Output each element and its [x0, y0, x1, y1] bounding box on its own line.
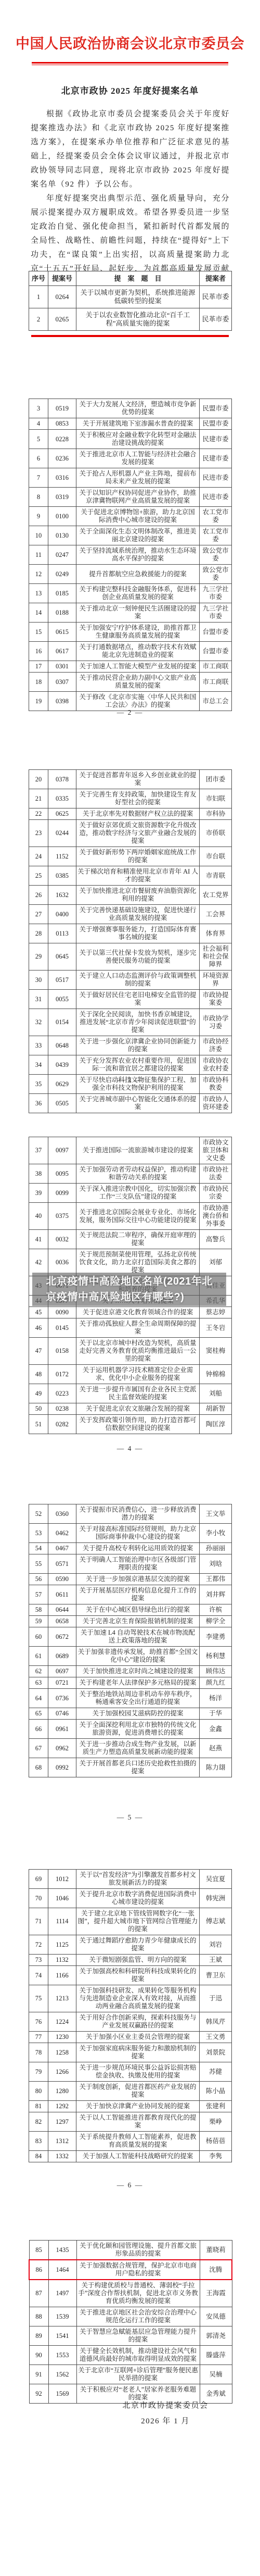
proposer-cell: 市政协农业农村委 [200, 1055, 232, 1075]
seq-cell: 80 [29, 2082, 48, 2101]
proposal-title-cell: 关于加强劳动者劳动权益保护，推动构建和谐劳动关系的提案 [76, 1164, 200, 1184]
proposer-cell: 致公党市委 [200, 545, 232, 565]
proposal-title-cell: 关于运用机器学习技术精准定位企业需求、优化中小企业服务的提案 [76, 1365, 200, 1384]
proposal-no-cell: 0249 [48, 565, 76, 584]
seq-cell: 88 [29, 2307, 48, 2326]
proposer-cell: 环境资源界 [200, 970, 232, 990]
proposal-title-cell: 关于推进北京国际会展业专业化、市场化发展，服务国际交往中心功能建设的提案 [76, 1203, 200, 1230]
proposal-row: 550571关于明确人工智能治理中市区各级部门管理职责的提案刘晗 [29, 1554, 232, 1574]
proposal-row: 90100关于促进北京博物馆+旅游，助力北京国际消费中心城市建设的提案农工党市委 [29, 507, 232, 526]
proposer-cell: 王斌 [200, 1955, 232, 1966]
proposal-row: 650746关于加强校园艾滋病防控的提案于华 [29, 1708, 232, 1720]
proposal-no-cell: 1539 [48, 2307, 76, 2326]
seq-cell: 85 [29, 2241, 48, 2260]
seq-cell: 23 [29, 820, 48, 847]
proposal-title-cell: 关于以第三代社保卡发放为契机，逐步完善便民服务功能的提案 [76, 943, 200, 970]
proposal-row: 761224关于用好合作创新采购，探索科技服务与产业发展双赢路径的提案韩凤芹 [29, 2012, 232, 2032]
seq-cell: 56 [29, 1574, 48, 1585]
proposal-row: 881539关于推进北京地区社会治安综合治理中心规范化运行工作的提案安凤德 [29, 2307, 232, 2326]
proposal-row: 250385关于梯次培育和精准使用北京市青年 AI 人才的提案市青联 [29, 866, 232, 886]
proposal-title-cell: 关于促进首都青年返乡入乡创业就业的提案 [76, 770, 200, 789]
seq-cell: 9 [29, 507, 48, 526]
proposal-title-cell: 关于抢占人形机器人产业主阵地，提前布局未来产业发展的提案 [76, 468, 200, 488]
seq-cell: 91 [29, 2365, 48, 2384]
proposer-cell: 张建利 [200, 2101, 232, 2112]
seq-cell: 84 [29, 2151, 48, 2162]
proposal-title-cell: 关于开展建筑地下室渗漏水普查的提案 [76, 418, 200, 430]
intro-text: 根据《政协北京市委员会提案委员会关于年度好提案推选办法》和《北京市政协 2025… [31, 107, 230, 290]
proposal-title-cell: 关于增强赛事服务能力，打造国际体育赛事名城的提案 [76, 924, 200, 943]
proposal-title-cell: 关于加快京津冀产业协同发展的提案 [76, 2101, 200, 2112]
proposal-title-cell: 关于促进京港文化教育领域合作的提案 [76, 1307, 200, 1318]
proposer-cell: 市政协港澳台侨和外事委 [200, 1203, 232, 1230]
proposal-title-cell: 关于进一步推动合成生物产业发展，以新质生产力塑造高质量发展新动能的提案 [76, 1739, 200, 1758]
proposal-row: 781258关于加强家庭病床服务能力和激励机制的提案刘景院 [29, 2043, 232, 2062]
seq-cell: 46 [29, 1318, 48, 1338]
proposer-cell: 民进市委 [200, 488, 232, 507]
proposer-cell: 农工党市委 [200, 507, 232, 526]
proposal-row: 741166关于加强高校和科研院所科技成果转化的提案曹卫东 [29, 1966, 232, 1985]
proposal-title-cell: 关于健全长效机制，推动建设社会风气和道德风尚最好的城市取得明显成效的提案 [76, 2346, 200, 2365]
seq-cell: 55 [29, 1554, 48, 1574]
proposal-row: 30519关于大力发展人文经济，塑造城市竞争新优势的提案民盟市委 [29, 399, 232, 418]
intro-paragraph-1: 根据《政协北京市委员会提案委员会关于年度好提案推选办法》和《北京市政协 2025… [31, 107, 230, 192]
proposer-cell: 市政协学习委 [200, 1009, 232, 1036]
proposal-row: 570611关于开展基层医疗机构信息化提升工作的提案刘井辉 [29, 1585, 232, 1604]
seq-cell: 34 [29, 1055, 48, 1075]
proposal-row: 480172关于运用机器学习技术精准定位企业需求、优化中小企业服务的提案钟棉棉 [29, 1365, 232, 1384]
signature-org: 北京市政协提案委员会 [71, 2399, 260, 2410]
proposer-cell: 市侨联 [200, 820, 232, 847]
seq-cell: 61 [29, 1647, 48, 1666]
page-number-2: — 2 — [0, 708, 260, 717]
proposal-title-cell: 关于坚持流域系统治理，推动水生态环境高水平保护的提案 [76, 545, 200, 565]
proposal-row: 911562关于北京市“互联网+诊后管理”服务便民惠民举措的提案吴楠 [29, 2365, 232, 2384]
proposal-title-cell: 关于建立人口动态监测评价与政策调整机制的提案 [76, 970, 200, 990]
proposal-title-cell: 关于智慧应急赋能基层应急管理能力提升的提案 [76, 2326, 200, 2346]
proposal-title-cell: 关于明确人工智能治理中市区各级部门管理职责的提案 [76, 1554, 200, 1574]
proposal-no-cell: 1125 [48, 1935, 76, 1955]
proposer-cell: 吴宜夏 [200, 1870, 232, 1889]
proposal-title-cell: 关于北京率先对数据财产权立法的提案 [76, 808, 200, 820]
proposal-title-cell: 关于优化颐和园管理设施、提升首都文旅形象品质的提案 [76, 2241, 200, 2260]
proposer-cell: 农工党界 [200, 886, 232, 905]
proposal-row: 370097关于推进国际一流旅游城市建设的提案市政协文旅卫体和文史委 [29, 1137, 232, 1164]
seq-cell: 10 [29, 526, 48, 545]
seq-cell: 69 [29, 1870, 48, 1889]
seq-cell: 64 [29, 1689, 48, 1708]
seq-cell: 78 [29, 2043, 48, 2062]
proposal-no-cell: 0519 [48, 399, 76, 418]
proposal-no-cell: 0095 [48, 1164, 76, 1184]
proposer-cell: 团市委 [200, 770, 232, 789]
seq-cell: 40 [29, 1203, 48, 1230]
page-number-5: — 5 — [0, 1813, 260, 1822]
watermark-text: 北京疫情中高险地区名单(2021年北京疫情中高风险地区有哪些?) [46, 1274, 212, 1305]
proposer-cell: 陈小晶 [200, 2082, 232, 2101]
seq-cell: 27 [29, 905, 48, 924]
proposer-cell: 台盟市委 [200, 623, 232, 642]
proposal-row: 600672关于加速 L4 自动驾驶技术在城市物流配送上政策落地的提案李建勇 [29, 1627, 232, 1647]
proposer-cell: 杨利慧 [200, 1647, 232, 1666]
proposer-cell: 王都伟 [200, 1574, 232, 1585]
proposal-title-cell: 关于制度创新，促进首都医药产业发展的提案 [76, 2082, 200, 2101]
proposal-row: 731132关于微短剧强监管、明方向的提案王斌 [29, 1955, 232, 1966]
seq-cell: 73 [29, 1955, 48, 1966]
proposal-no-cell: 0032 [48, 1230, 76, 1249]
proposal-title-cell: 关于提振市民消费信心，进一步释放消费潜力的提案 [76, 1504, 200, 1524]
proposal-no-cell: 1541 [48, 2326, 76, 2346]
proposal-row: 130185关于构建完整科技金融服务体系，促进科创企业高质量发展的提案九三学社市… [29, 584, 232, 603]
proposal-row: 400375关于推进北京国际会展业专业化、市场化发展，服务国际交往中心功能建设的… [29, 1203, 232, 1230]
seq-cell: 68 [29, 1758, 48, 1777]
seq-cell: 30 [29, 970, 48, 990]
proposal-no-cell: 0319 [48, 488, 76, 507]
proposal-no-cell: 0130 [48, 526, 76, 545]
proposal-row: 901553关于健全长效机制，推动建设社会风气和道德风尚最好的城市取得明显成效的… [29, 2346, 232, 2365]
proposal-no-cell: 0689 [48, 1647, 76, 1666]
proposal-row: 340439关于充分发挥农业农村重要作用，促进国际一流和谐宜居之都建设的提案市政… [29, 1055, 232, 1075]
proposal-row: 490223关于进一步提升市属国有企业各民主党派民主监督效能的提案刘船 [29, 1384, 232, 1403]
proposal-row: 771230关于加强小区业主委员会管理的提案王文勇 [29, 2032, 232, 2043]
proposal-no-cell: 0746 [48, 1708, 76, 1720]
proposal-no-cell: 0590 [48, 1574, 76, 1585]
proposal-no-cell: 0265 [48, 308, 76, 331]
proposer-cell: 九三学社市委 [200, 603, 232, 623]
proposal-title-cell: 关于推动北京一刻钟便民生活圈建设的提案 [76, 603, 200, 623]
proposal-row: 150615关于加强安宁疗护体系建设，助推首都卫生健康服务高质量发展的提案台盟市… [29, 623, 232, 642]
seq-cell: 14 [29, 603, 48, 623]
proposer-cell: 窦桂梅 [200, 1338, 232, 1365]
proposal-no-cell: 0648 [48, 1036, 76, 1055]
proposal-no-cell: 0097 [48, 1137, 76, 1164]
proposal-title-cell: 关于积极应对金融业数字化转型对金融法治建设挑战的提案 [76, 430, 200, 449]
proposer-cell: 工会界 [200, 905, 232, 924]
seq-cell: 47 [29, 1338, 48, 1365]
proposal-title-cell: 关于微短剧强监管、明方向的提案 [76, 1955, 200, 1966]
proposal-no-cell: 1213 [48, 1985, 76, 2012]
seq-cell: 37 [29, 1137, 48, 1164]
proposal-row: 721125关于通过舞蹈疗愈助力青少年健康成长的提案刘岩 [29, 1935, 232, 1955]
seq-cell: 22 [29, 808, 48, 820]
seq-cell: 90 [29, 2346, 48, 2365]
proposal-title-cell: 关于加快推进北京市餐厨废弃油脂资源化利用的提案 [76, 886, 200, 905]
seq-cell: 2 [29, 308, 48, 331]
proposal-title-cell: 关于以知识产权协同促进产业协作，助推京津冀物联网产业高质量发展的提案 [76, 488, 200, 507]
proposal-title-cell: 关于通过舞蹈疗愈助力青少年健康成长的提案 [76, 1935, 200, 1955]
seq-cell: 16 [29, 642, 48, 661]
seq-cell: 87 [29, 2280, 48, 2307]
proposal-title-cell: 关于用好合作创新采购，探索科技服务与产业发展双赢路径的提案 [76, 2012, 200, 2032]
proposer-cell: 刘晗 [200, 1554, 232, 1574]
proposal-no-cell: 0223 [48, 1384, 76, 1403]
seq-cell: 65 [29, 1708, 48, 1720]
seq-cell: 11 [29, 545, 48, 565]
proposal-no-cell: 0505 [48, 1094, 76, 1113]
proposer-cell: 市台联 [200, 847, 232, 866]
proposal-title-cell: 关于进一步规范环境民事公益诉讼损害赔偿金执收、执缴及使用的提案 [76, 2062, 200, 2082]
proposal-row: 270400关于完善快递基础设施建设，促进快递行业高质量发展的提案工会界 [29, 905, 232, 924]
proposer-cell: 市工商联 [200, 661, 232, 673]
proposal-title-cell: 关于充分发挥农业农村重要作用，促进国际一流和谐宜居之都建设的提案 [76, 1055, 200, 1075]
proposal-row: 450090关于促进京港文化教育领域合作的提案蔡志婷 [29, 1307, 232, 1318]
proposer-cell: 市政协人资环建委 [200, 1094, 232, 1113]
proposal-no-cell: 1114 [48, 1908, 76, 1935]
proposal-title-cell: 关于加强校园艾滋病防控的提案 [76, 1708, 200, 1720]
seq-cell: 8 [29, 488, 48, 507]
proposal-title-cell: 关于全面深化生态文明体制改革，推进美丽北京建设的提案 [76, 526, 200, 545]
proposal-no-cell: 0158 [48, 1338, 76, 1365]
proposal-no-cell: 1046 [48, 1889, 76, 1908]
seq-cell: 79 [29, 2062, 48, 2082]
proposal-title-cell: 关于加强非遗传承发展，助推首都“全国文化中心”建设的提案 [76, 1647, 200, 1666]
proposal-row: 300517关于建立人口动态监测评价与政策调整机制的提案环境资源界 [29, 970, 232, 990]
proposal-no-cell: 1632 [48, 886, 76, 905]
proposer-cell: 市工商联 [200, 673, 232, 692]
proposer-cell: 民革市委 [200, 308, 232, 331]
proposal-row: 290645关于以第三代社保卡发放为契机，逐步完善便民服务功能的提案社会福利和社… [29, 943, 232, 970]
proposer-cell: 刘景院 [200, 2043, 232, 2062]
proposal-no-cell: 0247 [48, 545, 76, 565]
seq-cell: 6 [29, 449, 48, 468]
proposal-row: 261632关于加快推进北京市餐厨废弃油脂资源化利用的提案农工党界 [29, 886, 232, 905]
proposer-cell: 于迅 [200, 1985, 232, 2012]
proposal-title-cell: 关于促进北京博物馆+旅游，助力北京国际消费中心城市建设的提案 [76, 507, 200, 526]
proposals-table-page-2: 30519关于大力发展人文经济，塑造城市竞争新优势的提案民盟市委40853关于开… [29, 399, 232, 711]
seq-cell: 36 [29, 1094, 48, 1113]
proposer-cell: 王冬岩 [200, 1318, 232, 1338]
proposer-cell: 市政协提案委 [200, 990, 232, 1009]
proposal-no-cell: 0172 [48, 1365, 76, 1384]
proposal-no-cell: 0301 [48, 661, 76, 673]
proposal-no-cell: 1224 [48, 2012, 76, 2032]
proposal-row: 410032关于规范法院二审程序，确保开庭审理的提案高警兵 [29, 1230, 232, 1249]
proposer-cell: 刘岩 [200, 1935, 232, 1955]
proposal-title-cell: 关于加速 L4 自动驾驶技术在城市物流配送上政策落地的提案 [76, 1627, 200, 1647]
proposer-cell: 民革市委 [200, 286, 232, 308]
proposal-row: 520360关于提振市民消费信心，进一步释放消费潜力的提案王文举 [29, 1504, 232, 1524]
proposal-title-cell: 关于完善城市副中心智能化交通体系的提案 [76, 1094, 200, 1113]
proposal-row: 831312关于系统提升教师人工智能素养，促进教育高质量发展的提案杨蓓蓓 [29, 2132, 232, 2151]
proposal-row: 220625关于北京率先对数据财产权立法的提案市科协 [29, 808, 232, 820]
proposal-row: 811292关于加快京津冀产业协同发展的提案张建利 [29, 2101, 232, 2112]
proposal-row: 180307关于推动民营企业助力副中心文旅产业高质量发展的提案市工商联 [29, 673, 232, 692]
proposal-no-cell: 1497 [48, 2280, 76, 2307]
proposal-row: 60236关于推进北京市人工智能与经济社会融合发展的提案民建市委 [29, 449, 232, 468]
proposal-title-cell: 关于以人工智能推进首都教育现代化的提案 [76, 2112, 200, 2132]
seq-cell: 31 [29, 990, 48, 1009]
proposal-title-cell: 关于加强家庭病床服务能力和激励机制的提案 [76, 2043, 200, 2062]
proposer-cell: 市政协民宗委 [200, 1184, 232, 1203]
proposal-row: 620697关于加快推进北京时尚之城建设的提案顾伟达 [29, 1666, 232, 1677]
proposer-cell: 苏健 [200, 2062, 232, 2082]
proposal-row: 670962关于进一步推动合成生物产业发展，以新质生产力塑造高质量发展新动能的提… [29, 1739, 232, 1758]
proposal-no-cell: 0099 [48, 1184, 76, 1203]
proposal-row: 791266关于进一步规范环境民事公益诉讼损害赔偿金执收、执缴及使用的提案苏健 [29, 2062, 232, 2082]
proposer-cell: 金鑫 [200, 1720, 232, 1739]
proposal-title-cell: 关于大力发展人文经济，塑造城市竞争新优势的提案 [76, 399, 200, 418]
proposal-title-cell: 关于以城市更新为契机，系统推进能源低碳转型的提案 [76, 286, 200, 308]
proposal-title-cell: 关于进一步强化京津冀企业协同创新能力的提案 [76, 1036, 200, 1055]
proposal-no-cell: 1230 [48, 2032, 76, 2043]
document-title: 北京市政协 2025 年度好提案名单 [0, 83, 260, 96]
proposal-title-cell: 关于系统提升教师人工智能素养，促进教育高质量发展的提案 [76, 2132, 200, 2151]
proposal-row: 390099关于深入推进宗教中国化，切实加强宗教工作“三支队伍”建设的提案市政协… [29, 1184, 232, 1203]
proposal-row: 160617关于打通数据堵点，推动数字技术有效赋能北京先进制造业的提案台盟市委 [29, 642, 232, 661]
proposal-row: 310055关于做好居民住宅老旧电梯安全监管的提案市政协提案委 [29, 990, 232, 1009]
proposal-title-cell: 关于规范法院二审程序，确保开庭审理的提案 [76, 1230, 200, 1249]
proposal-no-cell: 0244 [48, 820, 76, 847]
seq-cell: 4 [29, 418, 48, 430]
proposal-no-cell: 0517 [48, 970, 76, 990]
proposal-row: 170301关于加速人工智能大模型产业发展的提案市工商联 [29, 661, 232, 673]
proposal-row: 640736关于整治地铁站周边非机动车停车秩序，畅通乘客安全出行通道的提案杨洋 [29, 1689, 232, 1708]
proposal-no-cell: 0398 [48, 692, 76, 711]
header-seq: 序号 [29, 271, 48, 286]
proposal-no-cell: 0467 [48, 1543, 76, 1554]
proposal-no-cell: 0185 [48, 584, 76, 603]
proposal-no-cell: 0055 [48, 990, 76, 1009]
proposal-no-cell: 0644 [48, 1604, 76, 1616]
proposal-no-cell: 0307 [48, 673, 76, 692]
header-title: 提 案 题 目 [76, 271, 200, 286]
proposal-no-cell: 0721 [48, 1677, 76, 1689]
seq-cell: 81 [29, 2101, 48, 2112]
seq-cell: 38 [29, 1164, 48, 1184]
proposals-table-page-6: 691012关于以“首发经济”为引擎激发首都乡村文旅发展新活力的提案吴宜夏701… [29, 1869, 232, 2162]
proposal-row: 80319关于以知识产权协同促进产业协作，助推京津冀物联网产业高质量发展的提案民… [29, 488, 232, 507]
proposer-cell: 韩宪洲 [200, 1889, 232, 1908]
proposal-row: 871497关于构建优质校与普通校、薄弱校“手拉手”深度合作帮扶机制，促进北京市… [29, 2280, 232, 2307]
watermark-text-line: 北京疫情中高险地区名单(2021年北 [46, 1274, 212, 1289]
proposal-row: 420036关于规范预制菜使用管理，弘扬北京传统饮食文化，助力北京打造国际美食之… [29, 1249, 232, 1276]
seq-cell: 32 [29, 1009, 48, 1036]
seq-cell: 51 [29, 1415, 48, 1434]
proposer-cell: 市青联 [200, 866, 232, 886]
proposal-title-cell: 关于加速人工智能大模型产业发展的提案 [76, 661, 200, 673]
proposal-no-cell: 1464 [48, 2260, 76, 2280]
proposal-no-cell: 0961 [48, 1720, 76, 1739]
seq-cell: 28 [29, 924, 48, 943]
page-number-3: — 3 — [0, 1076, 260, 1085]
proposal-no-cell: 0188 [48, 603, 76, 623]
proposal-row: 190398关于修改《北京市实施〈中华人民共和国工会法〉办法》的提案市总工会 [29, 692, 232, 711]
proposer-cell: 农工党市委 [200, 526, 232, 545]
seq-cell: 49 [29, 1384, 48, 1403]
proposer-cell: 韩凤芹 [200, 2012, 232, 2032]
proposal-no-cell: 0282 [48, 1415, 76, 1434]
signature-date: 2026 年 1 月 [71, 2415, 260, 2426]
proposer-cell: 台盟市委 [200, 642, 232, 661]
proposal-title-cell: 关于加强高校和科研院所科技成果转化的提案 [76, 1966, 200, 1985]
proposal-title-cell: 关于推动孤独症人群全生命周期保障的提案 [76, 1318, 200, 1338]
seq-cell: 33 [29, 1036, 48, 1055]
proposal-title-cell: 关于提升北京市数字消费促进国际消费中心城市建设的提案 [76, 1889, 200, 1908]
seq-cell: 26 [29, 886, 48, 905]
proposer-cell: 杨洋 [200, 1689, 232, 1708]
seq-cell: 53 [29, 1524, 48, 1543]
proposal-title-cell: 关于构建完整科技金融服务体系，促进科创企业高质量发展的提案 [76, 584, 200, 603]
proposer-cell: 致公党市委 [200, 565, 232, 584]
seq-cell: 92 [29, 2384, 48, 2404]
proposal-no-cell: 0697 [48, 1666, 76, 1677]
proposer-cell: 民盟市委 [200, 399, 232, 418]
seq-cell: 58 [29, 1604, 48, 1616]
proposal-no-cell: 0238 [48, 1403, 76, 1415]
proposer-cell: 市总工会 [200, 692, 232, 711]
proposal-title-cell: 关于完善快递基础设施建设，促进快递行业高质量发展的提案 [76, 905, 200, 924]
proposals-table-page-1: 序号 提案号 提 案 题 目 提案者 10264关于以城市更新为契机，系统推进能… [29, 271, 232, 331]
proposal-no-cell: 0672 [48, 1627, 76, 1647]
proposal-no-cell: 1266 [48, 2062, 76, 2082]
proposer-cell: 董晓莉 [200, 2241, 232, 2260]
proposal-title-cell: 关于构建优质校与普通校、薄弱校“手拉手”深度合作帮扶机制，促进北京市义务教育优质… [76, 2280, 200, 2307]
proposal-no-cell: 0145 [48, 1318, 76, 1338]
proposer-cell: 市政协社法委 [200, 1164, 232, 1184]
proposer-cell: 李建勇 [200, 1627, 232, 1647]
proposal-no-cell: 0385 [48, 866, 76, 886]
proposal-row: 691012关于以“首发经济”为引擎激发首都乡村文旅发展新活力的提案吴宜夏 [29, 1870, 232, 1889]
proposal-no-cell: 0439 [48, 1055, 76, 1075]
proposal-title-cell: 关于加快推进北京时尚之城建设的提案 [76, 1666, 200, 1677]
proposal-row: 140188关于推动北京一刻钟便民生活圈建设的提案九三学社市委 [29, 603, 232, 623]
proposal-row: 500238关于促进北京农文旅融合发展的提案胡新智 [29, 1403, 232, 1415]
proposer-cell: 杨蓓蓓 [200, 2132, 232, 2151]
proposals-table-page-7: 851435关于优化颐和园管理设施、提升首都文旅形象品质的提案董晓莉861464… [29, 2240, 232, 2404]
proposal-no-cell: 0962 [48, 1739, 76, 1758]
proposal-row: 680992关于开展首都老兵口述历史抢救性拍摄的提案陈力翃 [29, 1758, 232, 1777]
proposal-no-cell: 0617 [48, 642, 76, 661]
seq-cell: 75 [29, 1985, 48, 2012]
seq-cell: 24 [29, 847, 48, 866]
proposal-row: 701046关于提升北京市数字消费促进国际消费中心城市建设的提案韩宪洲 [29, 1889, 232, 1908]
proposal-no-cell: 1332 [48, 2151, 76, 2162]
proposal-title-cell: 关于修改《北京市实施〈中华人民共和国工会法〉办法》的提案 [76, 692, 200, 711]
seq-cell: 60 [29, 1627, 48, 1647]
proposal-no-cell: 1312 [48, 2132, 76, 2151]
proposal-row: 120249提升首都航空应急救援能力的提案致公党市委 [29, 565, 232, 584]
proposal-title-cell: 关于做好新形势下两岸婚姻家庭统战工作的提案 [76, 847, 200, 866]
seq-cell: 89 [29, 2326, 48, 2346]
proposer-cell: 安凤德 [200, 2307, 232, 2326]
proposer-cell: 沈腾 [200, 2260, 232, 2280]
proposal-no-cell: 0462 [48, 1524, 76, 1543]
proposal-row: 590658关于完善北京生育保险报销机制的提案柳学全 [29, 1616, 232, 1627]
proposer-cell: 社会福利和社会保障界 [200, 943, 232, 970]
proposal-title-cell: 关于全面深挖利用北京市独特的传统文化旅游资源，促进消费增长的提案 [76, 1720, 200, 1739]
seq-cell: 50 [29, 1403, 48, 1415]
proposal-no-cell: 0400 [48, 905, 76, 924]
proposal-row: 861464关于加强数据合规管理，保护北京市电商用户隐私的提案沈腾 [29, 2260, 232, 2280]
proposal-row: 630721关于构建老年人法律保护多元格局的提案颜九红 [29, 1677, 232, 1689]
proposer-cell: 李小牧 [200, 1524, 232, 1543]
proposal-row: 660961关于全面深挖利用北京市独特的传统文化旅游资源，促进消费增长的提案金鑫 [29, 1720, 232, 1739]
proposal-title-cell: 关于以“首发经济”为引擎激发首都乡村文旅发展新活力的提案 [76, 1870, 200, 1889]
seq-cell: 21 [29, 789, 48, 808]
proposal-row: 50228关于积极应对金融业数字化转型对金融法治建设挑战的提案民建市委 [29, 430, 232, 449]
proposal-title-cell: 关于整治地铁站周边非机动车停车秩序，畅通乘客安全出行通道的提案 [76, 1689, 200, 1708]
proposal-title-cell: 关于打通数据堵点，推动数字技术有效赋能北京先进制造业的提案 [76, 642, 200, 661]
proposal-no-cell: 0615 [48, 623, 76, 642]
proposal-row: 10264关于以城市更新为契机，系统推进能源低碳转型的提案民革市委 [29, 286, 232, 308]
proposer-cell: 蔡志婷 [200, 1307, 232, 1318]
proposal-title-cell: 关于深化全民阅读，加快书香京城建设，推进发展“北京市青少年阅读促进联盟”的提案 [76, 1009, 200, 1036]
proposer-cell: 郭清尧 [200, 2326, 232, 2346]
proposal-row: 610689关于加强非遗传承发展，助推首都“全国文化中心”建设的提案杨利慧 [29, 1647, 232, 1666]
page-number-4: — 4 — [0, 1445, 260, 1453]
proposal-no-cell: 0154 [48, 1009, 76, 1036]
proposal-no-cell: 0378 [48, 770, 76, 789]
